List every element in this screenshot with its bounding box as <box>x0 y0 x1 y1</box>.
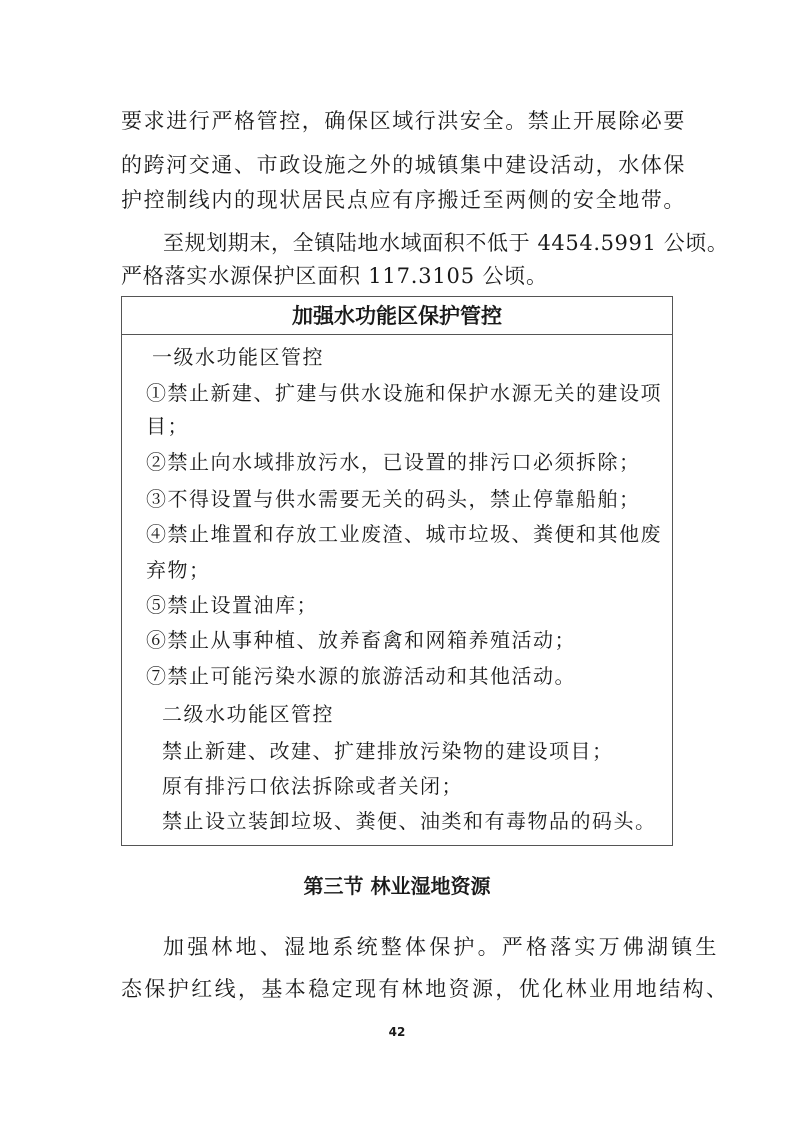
section-title: 第三节 林业湿地资源 <box>0 872 794 900</box>
water-function-zone-box: 加强水功能区保护管控 一级水功能区管控 ①禁止新建、扩建与供水设施和保护水源无关… <box>121 296 673 846</box>
paragraph-1-line-1: 要求进行严格管控，确保区域行洪安全。禁止开展除必要 <box>121 107 686 135</box>
paragraph-2-line-1: 至规划期末，全镇陆地水域面积不低于 4454.5991 公顷。 <box>163 229 729 257</box>
box-line: 禁止新建、改建、扩建排放污染物的建设项目； <box>162 737 614 765</box>
box-line: ⑤禁止设置油库； <box>146 591 318 619</box>
box-line: ⑥禁止从事种植、放养畜禽和网箱养殖活动； <box>146 626 576 654</box>
paragraph-1-line-2: 的跨河交通、市政设施之外的城镇集中建设活动，水体保 <box>121 151 686 179</box>
box-title: 加强水功能区保护管控 <box>122 297 672 335</box>
box-line: ③不得设置与供水需要无关的码头，禁止停靠船舶； <box>146 485 641 513</box>
box-line: ②禁止向水域排放污水，已设置的排污口必须拆除； <box>146 448 641 476</box>
paragraph-3-line-2: 态保护红线，基本稳定现有林地资源，优化林业用地结构、 <box>121 975 729 1003</box>
box-line: 一级水功能区管控 <box>152 343 324 371</box>
box-line: 原有排污口依法拆除或者关闭； <box>162 772 463 800</box>
box-line: 二级水功能区管控 <box>162 700 334 728</box>
box-line: ①禁止新建、扩建与供水设施和保护水源无关的建设项 <box>146 379 662 407</box>
paragraph-1-line-3: 护控制线内的现状居民点应有序搬迁至两侧的安全地带。 <box>121 186 686 214</box>
paragraph-2-line-2: 严格落实水源保护区面积 117.3105 公顷。 <box>121 262 548 290</box>
page-number: 42 <box>0 1025 794 1039</box>
box-line: 目； <box>146 412 189 440</box>
box-line: ⑦禁止可能污染水源的旅游活动和其他活动。 <box>146 662 576 690</box>
box-line: ④禁止堆置和存放工业废渣、城市垃圾、粪便和其他废 <box>146 520 662 548</box>
box-line: 弃物； <box>146 556 211 584</box>
paragraph-3-line-1: 加强林地、湿地系统整体保护。严格落实万佛湖镇生 <box>163 933 720 961</box>
box-line: 禁止设立装卸垃圾、粪便、油类和有毒物品的码头。 <box>162 807 657 835</box>
